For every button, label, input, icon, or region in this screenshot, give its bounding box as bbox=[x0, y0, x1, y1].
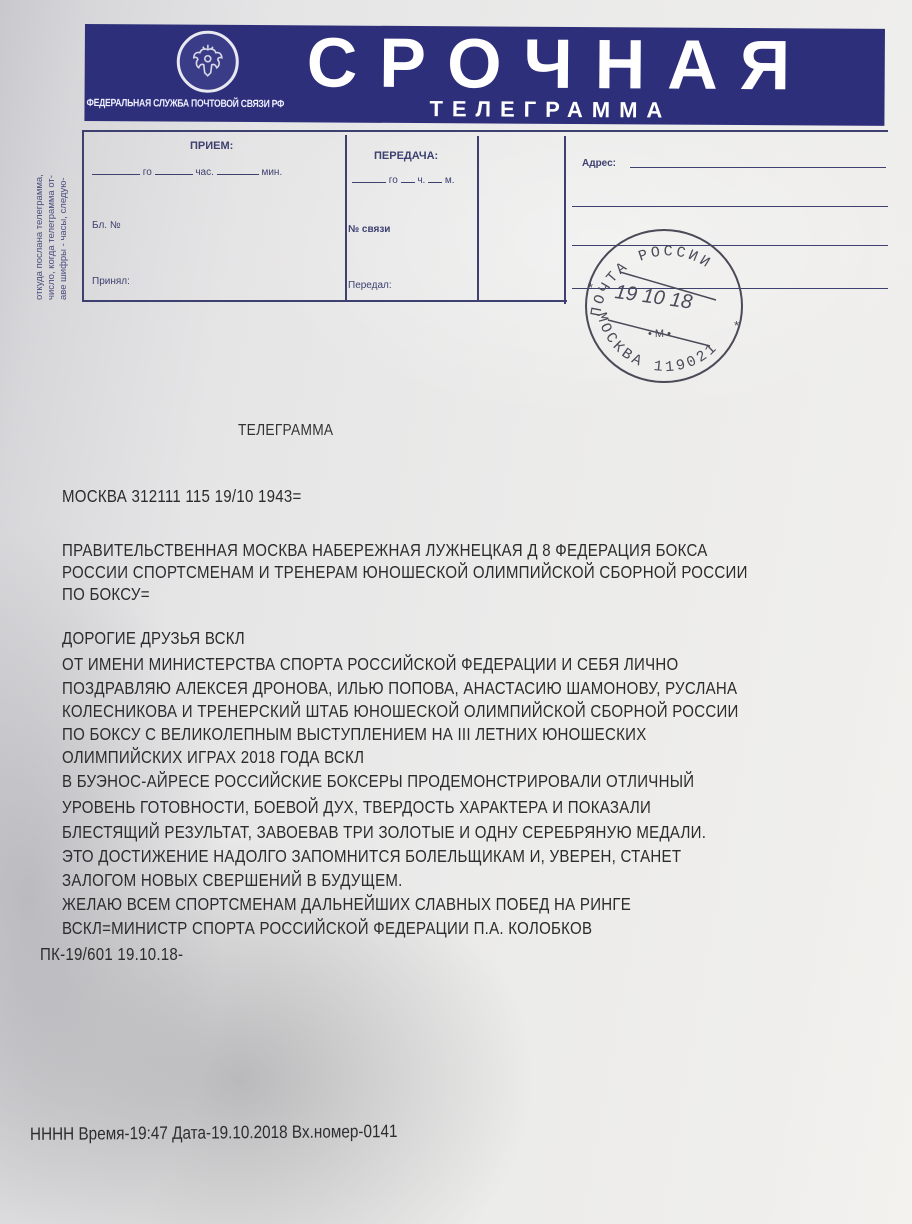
sent-by-label: Передал: bbox=[348, 280, 392, 291]
transmission-field-label: м. bbox=[445, 175, 455, 186]
body-line: ОТ ИМЕНИ МИНИСТЕРСТВА СПОРТА РОССИЙСКОЙ … bbox=[62, 654, 678, 675]
reception-field-label: час. bbox=[195, 167, 214, 178]
reception-title: ПРИЕМ: bbox=[190, 140, 233, 152]
link-number-label: № связи bbox=[348, 224, 390, 235]
body-line: ЖЕЛАЮ ВСЕМ СПОРТСМЕНАМ ДАЛЬНЕЙШИХ СЛАВНЫ… bbox=[62, 894, 631, 915]
reception-time-fields: го час. мин. bbox=[92, 166, 282, 178]
transmission-time-fields: го ч. м. bbox=[352, 174, 455, 186]
stamp-star: * bbox=[734, 318, 739, 333]
form-divider bbox=[345, 135, 347, 302]
transmission-field-label: ч. bbox=[417, 175, 425, 186]
body-line: БЛЕСТЯЩИЙ РЕЗУЛЬТАТ, ЗАВОЕВАВ ТРИ ЗОЛОТЫ… bbox=[62, 822, 706, 843]
stamp-star: * bbox=[588, 280, 593, 295]
body-line: ЗАЛОГОМ НОВЫХ СВЕРШЕНИЙ В БУДУЩЕМ. bbox=[62, 870, 403, 891]
form-divider bbox=[564, 136, 566, 304]
urgent-telegram-banner: ФЕДЕРАЛЬНАЯ СЛУЖБА ПОЧТОВОЙ СВЯЗИ РФ СРО… bbox=[84, 24, 885, 126]
body-line: УРОВЕНЬ ГОТОВНОСТИ, БОЕВОЙ ДУХ, ТВЕРДОСТ… bbox=[62, 797, 651, 818]
body-line: ОЛИМПИЙСКИХ ИГРАХ 2018 ГОДА ВСКЛ bbox=[62, 747, 364, 768]
service-form: ПРИЕМ: го час. мин. Бл. № Принял: ПЕРЕДА… bbox=[82, 130, 888, 302]
postmark-stamp: ПОЧТА РОССИИ МОСКВА 119021 19 10 18 • М … bbox=[578, 222, 753, 387]
form-title: ТЕЛЕГРАММА bbox=[429, 96, 671, 123]
side-note-line: число, когда телеграмма от- bbox=[46, 130, 58, 300]
telegram-heading: ТЕЛЕГРАММА bbox=[238, 422, 333, 440]
address-label: Адрес: bbox=[582, 158, 616, 169]
blank-number-label: Бл. № bbox=[92, 220, 121, 231]
routing-line: МОСКВА 312111 115 19/10 1943= bbox=[62, 486, 302, 507]
side-note-line: откуда послана телеграмма, bbox=[34, 130, 46, 300]
address-text-line: ПРАВИТЕЛЬСТВЕННАЯ МОСКВА НАБЕРЕЖНАЯ ЛУЖН… bbox=[62, 540, 708, 561]
reference-line: ПК-19/601 19.10.18- bbox=[40, 944, 183, 965]
body-line: ДОРОГИЕ ДРУЗЬЯ ВСКЛ bbox=[62, 628, 245, 649]
accepted-by-label: Принял: bbox=[92, 276, 130, 287]
stamp-marker: • М • bbox=[648, 328, 671, 340]
address-line bbox=[630, 167, 886, 168]
agency-name: ФЕДЕРАЛЬНАЯ СЛУЖБА ПОЧТОВОЙ СВЯЗИ РФ bbox=[86, 97, 284, 110]
reception-field-label: мин. bbox=[261, 167, 282, 178]
body-line: ПО БОКСУ С ВЕЛИКОЛЕПНЫМ ВЫСТУПЛЕНИЕМ НА … bbox=[62, 724, 647, 745]
side-instructions: откуда послана телеграмма, число, когда … bbox=[34, 130, 86, 300]
stamp-date: 19 10 18 bbox=[613, 281, 693, 314]
transmission-field-label: го bbox=[389, 175, 398, 186]
address-text-line: РОССИИ СПОРТСМЕНАМ И ТРЕНЕРАМ ЮНОШЕСКОЙ … bbox=[62, 562, 748, 583]
eagle-emblem-icon bbox=[177, 31, 239, 93]
side-note-line: аве шифры - часы, следую- bbox=[58, 130, 70, 300]
body-line: ПОЗДРАВЛЯЮ АЛЕКСЕЯ ДРОНОВА, ИЛЬЮ ПОПОВА,… bbox=[62, 678, 737, 699]
signature-line: ВСКЛ=МИНИСТР СПОРТА РОССИЙСКОЙ ФЕДЕРАЦИИ… bbox=[62, 918, 592, 939]
form-border-top bbox=[82, 130, 888, 132]
transmission-title: ПЕРЕДАЧА: bbox=[374, 150, 438, 162]
address-line bbox=[572, 206, 888, 207]
form-border-left bbox=[82, 130, 84, 302]
reception-field-label: го bbox=[143, 167, 152, 178]
form-border-bottom bbox=[82, 300, 567, 302]
body-line: КОЛЕСНИКОВА И ТРЕНЕРСКИЙ ШТАБ ЮНОШЕСКОЙ … bbox=[62, 701, 739, 722]
address-text-line: ПО БОКСУ= bbox=[62, 584, 150, 605]
body-line: ЭТО ДОСТИЖЕНИЕ НАДОЛГО ЗАПОМНИТСЯ БОЛЕЛЬ… bbox=[62, 846, 681, 867]
urgent-label: СРОЧНАЯ bbox=[307, 27, 813, 100]
receipt-footer: НННН Время-19:47 Дата-19.10.2018 Вх.номе… bbox=[30, 1121, 398, 1145]
form-divider bbox=[477, 136, 479, 302]
body-line: В БУЭНОС-АЙРЕСЕ РОССИЙСКИЕ БОКСЕРЫ ПРОДЕ… bbox=[62, 771, 694, 792]
